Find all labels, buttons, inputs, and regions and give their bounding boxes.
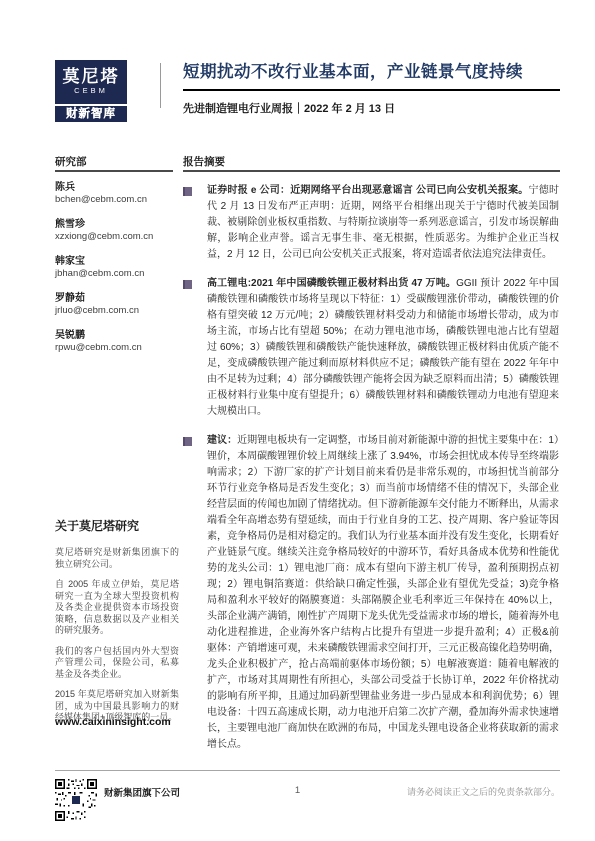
title-rule (183, 89, 560, 91)
about-title: 关于莫尼塔研究 (55, 517, 179, 534)
researcher-list: 陈兵 bchen@cebm.com.cn 熊雪珍 xzxiong@cebm.co… (55, 181, 183, 366)
bullet-lead: 证券时报 e 公司：近期网络平台出现恶意谣言 公司已向公安机关报案。 (207, 185, 529, 196)
researcher-entry: 熊雪珍 xzxiong@cebm.com.cn (55, 218, 183, 243)
researcher-entry: 罗静茹 jrluo@cebm.com.cn (55, 292, 183, 317)
researcher-name: 陈兵 (55, 181, 183, 194)
report-subtitle: 先进制造锂电行业周报｜2022 年 2 月 13 日 (183, 100, 395, 116)
bullet-lead: 建议： (207, 435, 237, 446)
report-page: 莫尼塔 CEBM 财新智库 短期扰动不改行业基本面，产业链景气度持续 先进制造锂… (0, 0, 595, 841)
researcher-email-link[interactable]: xzxiong@cebm.com.cn (55, 231, 183, 243)
footer-rule (55, 770, 560, 771)
researcher-entry: 吴锐鹏 rpwu@cebm.com.cn (55, 329, 183, 354)
summary-bullet: 高工锂电:2021 年中国磷酸铁锂正极材料出货 47 万吨。GGII 预计 20… (183, 276, 560, 420)
page-title: 短期扰动不改行业基本面，产业链景气度持续 (183, 58, 563, 82)
bullet-square-icon (183, 280, 192, 289)
researcher-entry: 陈兵 bchen@cebm.com.cn (55, 181, 183, 206)
website-link[interactable]: www.caixininsight.com (55, 716, 171, 728)
bullet-text: 高工锂电:2021 年中国磷酸铁锂正极材料出货 47 万吨。GGII 预计 20… (207, 276, 559, 420)
researcher-name: 罗静茹 (55, 292, 183, 305)
about-paragraph: 自 2005 年成立伊始，莫尼塔研究一直为全球大型投资机构及各类企业提供资本市场… (55, 579, 179, 637)
sidebar-section-title: 研究部 (55, 154, 87, 169)
summary-bullet-list: 证券时报 e 公司：近期网络平台出现恶意谣言 公司已向公安机关报案。宁德时代 2… (183, 183, 560, 766)
bullet-body: 近期锂电板块有一定调整，市场目前对新能源中游的担忧主要集中在：1）锂价，本周碳酸… (207, 435, 559, 750)
summary-section-title: 报告摘要 (183, 154, 225, 169)
summary-rule (183, 170, 560, 172)
bullet-square-icon (183, 187, 192, 196)
bullet-text: 证券时报 e 公司：近期网络平台出现恶意谣言 公司已向公安机关报案。宁德时代 2… (207, 183, 559, 263)
researcher-name: 吴锐鹏 (55, 329, 183, 342)
researcher-entry: 韩家宝 jbhan@cebm.com.cn (55, 255, 183, 280)
bullet-text: 建议：近期锂电板块有一定调整，市场目前对新能源中游的担忧主要集中在：1）锂价，本… (207, 433, 559, 753)
about-paragraph: 莫尼塔研究是财新集团旗下的独立研究公司。 (55, 547, 179, 570)
logo-text-en: CEBM (55, 86, 127, 96)
bullet-square-icon (183, 437, 192, 446)
logo-band-caixin: 财新智库 (55, 106, 127, 122)
researcher-email-link[interactable]: jrluo@cebm.com.cn (55, 305, 183, 317)
bullet-body: GGII 预计 2022 年中国磷酸铁锂和磷酸铁市场将呈现以下特征：1）受碳酸锂… (207, 278, 559, 417)
footer-disclaimer: 请务必阅读正文之后的免责条款部分。 (407, 785, 560, 798)
logo-mark: 莫尼塔 CEBM (55, 60, 127, 104)
bullet-body: 宁德时代 2 月 13 日发布严正声明：近期，网络平台相继出现关于宁德时代被美国… (207, 185, 559, 260)
about-paragraph: 我们的客户包括国内外大型资产管理公司，保险公司，私募基金及各类企业。 (55, 646, 179, 681)
about-section: 关于莫尼塔研究 莫尼塔研究是财新集团旗下的独立研究公司。 自 2005 年成立伊… (55, 517, 179, 733)
researcher-email-link[interactable]: bchen@cebm.com.cn (55, 194, 183, 206)
header-divider (160, 63, 161, 108)
company-logo: 莫尼塔 CEBM 财新智库 (55, 60, 127, 122)
researcher-email-link[interactable]: jbhan@cebm.com.cn (55, 268, 183, 280)
summary-bullet: 建议：近期锂电板块有一定调整，市场目前对新能源中游的担忧主要集中在：1）锂价，本… (183, 433, 560, 753)
researcher-name: 韩家宝 (55, 255, 183, 268)
sidebar-rule (55, 170, 173, 172)
researcher-email-link[interactable]: rpwu@cebm.com.cn (55, 342, 183, 354)
logo-text-cn: 莫尼塔 (55, 67, 127, 86)
researcher-name: 熊雪珍 (55, 218, 183, 231)
bullet-lead: 高工锂电:2021 年中国磷酸铁锂正极材料出货 47 万吨。 (207, 278, 456, 289)
summary-bullet: 证券时报 e 公司：近期网络平台出现恶意谣言 公司已向公安机关报案。宁德时代 2… (183, 183, 560, 263)
